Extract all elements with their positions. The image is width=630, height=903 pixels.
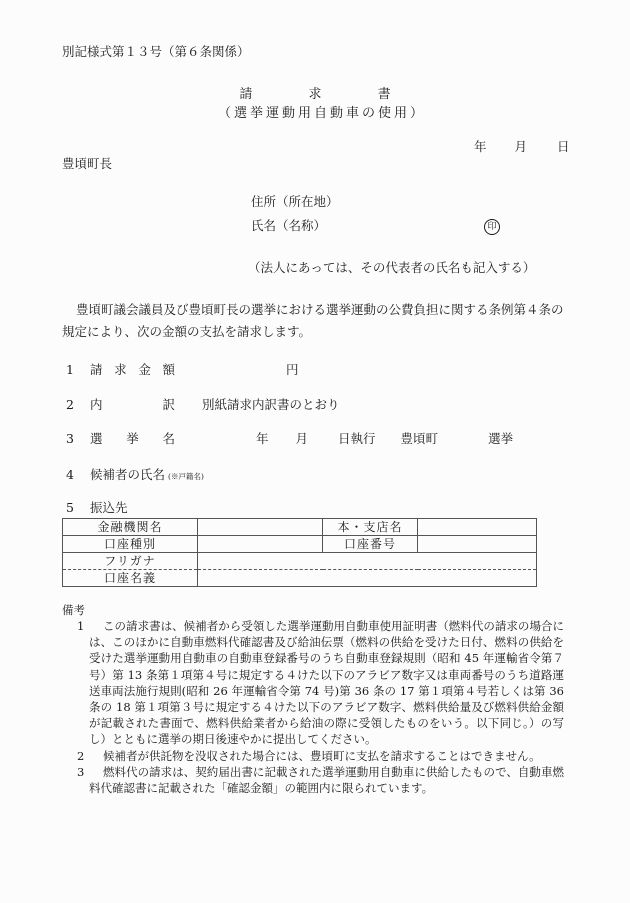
election-year: 年: [256, 433, 269, 446]
breakdown-value: 別紙請求内訳書のとおり: [202, 399, 340, 412]
title-char: 求: [308, 88, 321, 101]
furigana-label: フリガナ: [63, 553, 198, 570]
election-month: 月: [296, 433, 309, 446]
label-char: 額: [162, 364, 175, 377]
form-number: 別記様式第１３号（第６条関係）: [62, 46, 250, 59]
note-text: 候補者が供託物を没収された場合には、豊頃町に支払を請求することはできません。: [89, 748, 564, 764]
account-number-field[interactable]: [418, 536, 537, 553]
label-char: 訳: [162, 399, 175, 412]
election-suffix: 選挙: [488, 433, 513, 446]
table-row: 口座種別 口座番号: [63, 536, 537, 553]
label-char: 挙: [126, 433, 139, 446]
item-transfer-destination: 5 振込先: [66, 502, 128, 515]
item-number: 2: [66, 399, 90, 412]
title-char: 書: [378, 88, 391, 101]
table-row: 金融機関名 本・支店名: [63, 519, 537, 536]
note-item: 3 燃料代の請求は、契約届出書に記載された選挙運動用自動車に供給したもので、自動…: [62, 764, 564, 796]
address-label: 住所（所在地）: [251, 196, 339, 209]
note-item: 1 この請求書は、候補者から受領した選挙運動用自動車使用証明書（燃料代の請求の場…: [62, 618, 564, 748]
document-title: 請 求 書: [0, 88, 630, 101]
request-statement: 豊頃町議会議員及び豊頃町長の選挙における選挙運動の公費負担に関する条例第４条の規…: [62, 299, 572, 343]
item-number: 1: [66, 364, 90, 377]
table-row: 口座名義: [63, 570, 537, 587]
item-label: 候補者の氏名: [90, 469, 165, 482]
bank-account-table: 金融機関名 本・支店名 口座種別 口座番号 フリガナ 口座名義: [62, 518, 537, 587]
label-char: 内: [90, 399, 103, 412]
election-day: 日執行: [338, 433, 376, 446]
account-holder-field[interactable]: [198, 570, 537, 587]
name-label: 氏名（名称）: [251, 220, 326, 233]
account-type-label: 口座種別: [63, 536, 198, 553]
notes-list: 1 この請求書は、候補者から受領した選挙運動用自動車使用証明書（燃料代の請求の場…: [62, 618, 564, 796]
item-label: 請 求 金 額: [90, 364, 175, 377]
family-register-note: (※戸籍名): [168, 473, 204, 481]
branch-name-field[interactable]: [418, 519, 537, 536]
label-char: 名: [162, 433, 175, 446]
yen-unit: 円: [286, 364, 299, 377]
bank-name-label: 金融機関名: [63, 519, 198, 536]
corporate-note: （法人にあっては、その代表者の氏名も記入する）: [248, 262, 535, 275]
document-subtitle: （選挙運動用自動車の使用）: [0, 107, 630, 120]
label-char: 求: [114, 364, 127, 377]
item-label: 内 訳: [90, 399, 175, 412]
date-day: 日: [557, 141, 570, 154]
note-item: 2 候補者が供託物を没収された場合には、豊頃町に支払を請求することはできません。: [62, 748, 564, 764]
title-char: 請: [239, 88, 252, 101]
branch-name-label: 本・支店名: [323, 519, 418, 536]
item-election-name: 3 選 挙 名 年 月 日執行 豊頃町 選挙: [66, 433, 513, 446]
item-candidate-name: 4 候補者の氏名 (※戸籍名): [66, 469, 204, 482]
item-request-amount: 1 請 求 金 額 円: [66, 364, 299, 377]
account-number-label: 口座番号: [323, 536, 418, 553]
item-number: 3: [66, 433, 90, 446]
item-label: 選 挙 名: [90, 433, 175, 446]
furigana-field[interactable]: [198, 553, 537, 570]
note-text: 燃料代の請求は、契約届出書に記載された選挙運動用自動車に供給したもので、自動車燃…: [89, 764, 564, 796]
table-row: フリガナ: [63, 553, 537, 570]
bank-name-field[interactable]: [198, 519, 323, 536]
account-holder-label: 口座名義: [63, 570, 198, 587]
label-char: 選: [90, 433, 103, 446]
election-town: 豊頃町: [401, 433, 439, 446]
item-breakdown: 2 内 訳 別紙請求内訳書のとおり: [66, 399, 340, 412]
item-number: 5: [66, 502, 90, 515]
seal-icon: 印: [484, 219, 500, 235]
label-char: 金: [138, 364, 151, 377]
label-char: 請: [90, 364, 103, 377]
note-text: この請求書は、候補者から受領した選挙運動用自動車使用証明書（燃料代の請求の場合に…: [89, 618, 564, 748]
addressee: 豊頃町長: [62, 158, 112, 171]
item-label: 振込先: [90, 502, 128, 515]
date-field: 年 月 日: [474, 141, 570, 154]
notes-heading: 備考: [62, 605, 85, 617]
date-year: 年: [474, 141, 487, 154]
item-number: 4: [66, 469, 90, 482]
account-type-field[interactable]: [198, 536, 323, 553]
date-month: 月: [515, 141, 528, 154]
